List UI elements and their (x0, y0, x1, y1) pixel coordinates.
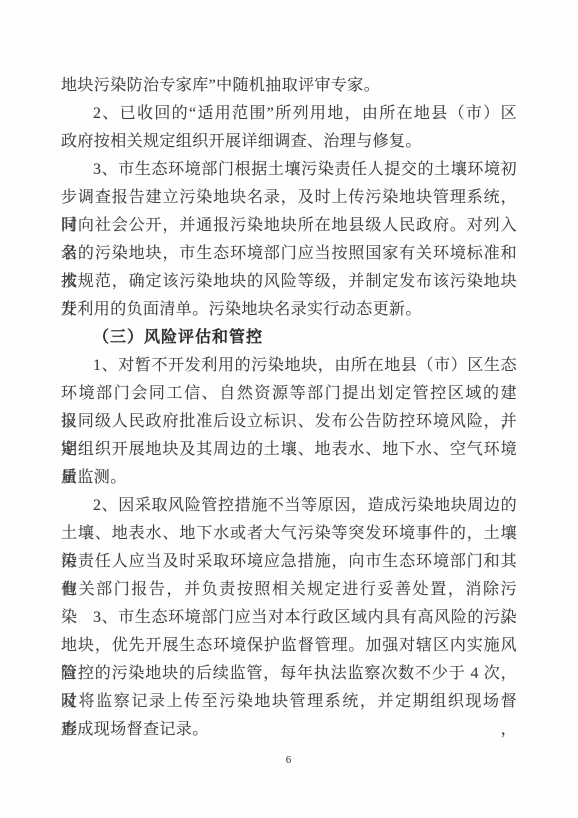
text-line: 时向社会公开，并通报污染地块所在地县级人民政府。对列入名 (61, 212, 517, 240)
text-line: 3、市生态环境部门根据土壤污染责任人提交的土壤环境初 (61, 156, 517, 184)
text-line: 管控的污染地块的后续监管，每年执法监察次数不少于 4 次，及 (61, 660, 517, 688)
page-number: 6 (0, 753, 578, 767)
text-line: 术规范，确定该污染地块的风险等级，并制定发布该污染地块开 (61, 268, 517, 296)
text-line: 录的污染地块，市生态环境部门应当按照国家有关环境标准和技 (61, 240, 517, 268)
text-line: 土壤、地表水、地下水或者大气污染等突发环境事件的，土壤污 (61, 520, 517, 548)
text-line: 1、对暂不开发利用的污染地块，由所在地县（市）区生态 (61, 352, 517, 380)
text-line: 量监测。 (61, 464, 517, 492)
text-line: 发利用的负面清单。污染地块名录实行动态更新。 (61, 296, 517, 324)
text-line: 染责任人应当及时采取环境应急措施，向市生态环境部门和其他 (61, 548, 517, 576)
section-heading: （三）风险评估和管控 (61, 324, 517, 352)
document-page: 地块污染防治专家库”中随机抽取评审专家。 2、已收回的“适用范围”所列用地，由所… (0, 0, 578, 818)
text-line: 2、已收回的“适用范围”所列用地，由所在地县（市）区 (61, 100, 517, 128)
text-line: 有关部门报告，并负责按照相关规定进行妥善处置，消除污染。 (61, 576, 517, 604)
text-line: 时将监察记录上传至污染地块管理系统，并定期组织现场督查， (61, 688, 517, 716)
text-line: 地块，优先开展生态环境保护监督管理。加强对辖区内实施风险 (61, 632, 517, 660)
text-line: 地块污染防治专家库”中随机抽取评审专家。 (61, 72, 517, 100)
text-line: 期组织开展地块及其周边的土壤、地表水、地下水、空气环境质 (61, 436, 517, 464)
document-body: 地块污染防治专家库”中随机抽取评审专家。 2、已收回的“适用范围”所列用地，由所… (61, 72, 517, 744)
text-line: 2、因采取风险管控措施不当等原因，造成污染地块周边的 (61, 492, 517, 520)
text-line: 3、市生态环境部门应当对本行政区域内具有高风险的污染 (61, 604, 517, 632)
text-line: 报同级人民政府批准后设立标识、发布公告防控环境风险，并定 (61, 408, 517, 436)
text-line: 步调查报告建立污染地块名录，及时上传污染地块管理系统，同 (61, 184, 517, 212)
text-line: 环境部门会同工信、自然资源等部门提出划定管控区域的建议， (61, 380, 517, 408)
text-line: 政府按相关规定组织开展详细调查、治理与修复。 (61, 128, 517, 156)
